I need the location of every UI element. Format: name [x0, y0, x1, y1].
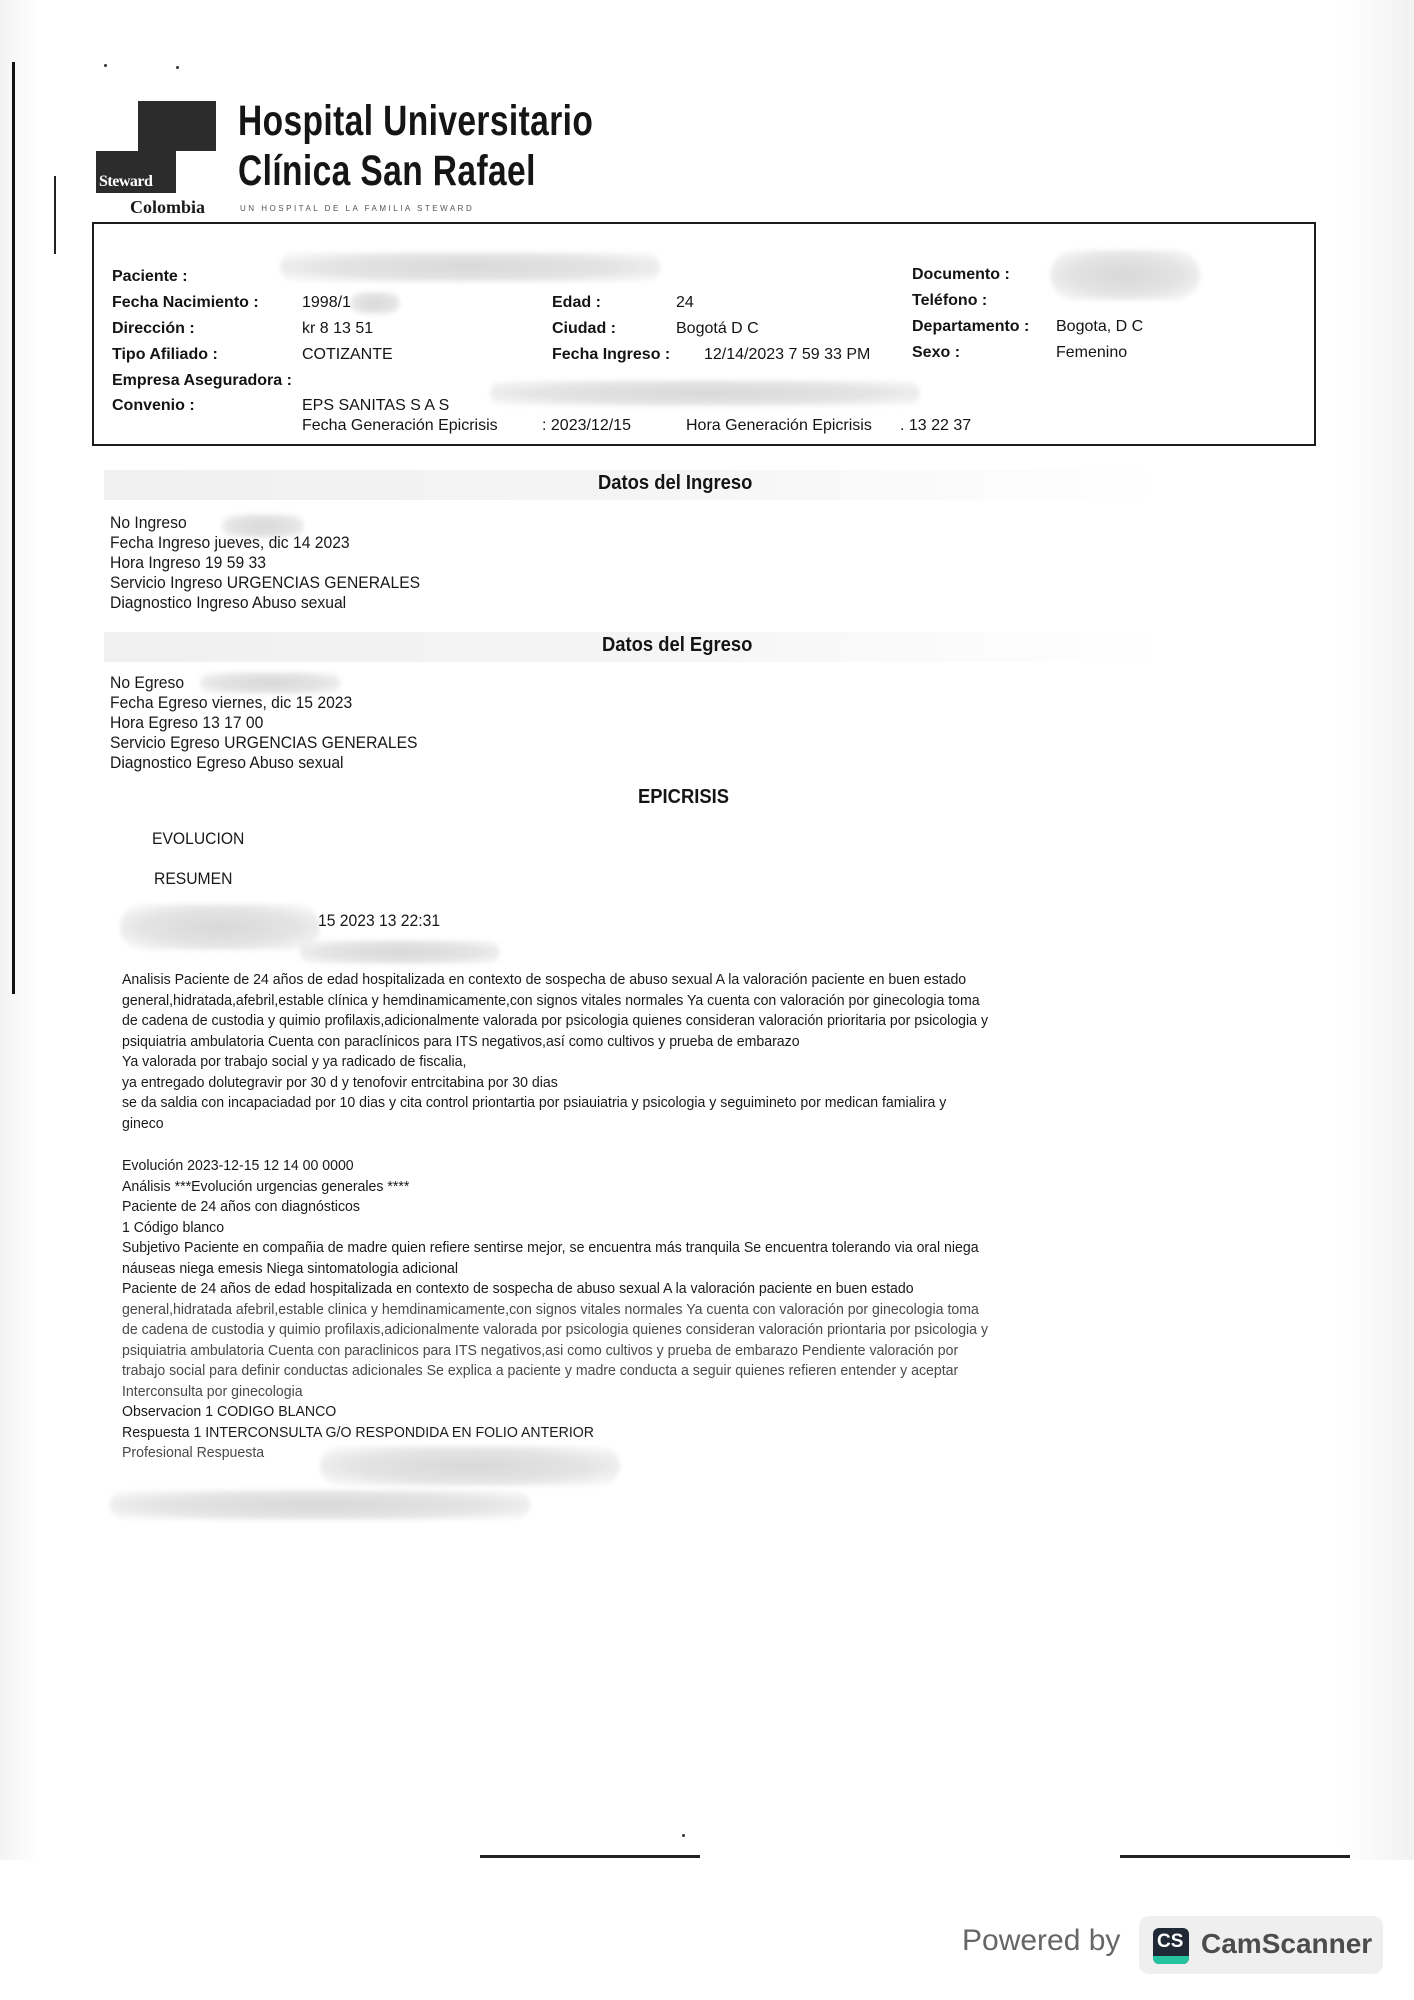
- resumen-timestamp: 15 2023 13 22:31: [318, 912, 440, 931]
- text-line: de cadena de custodia y quimio profilaxi…: [122, 1320, 1201, 1341]
- scan-edge-mark: [480, 1855, 700, 1858]
- ingreso-line: Diagnostico Ingreso Abuso sexual: [110, 594, 346, 613]
- text-line: gineco: [122, 1114, 1201, 1135]
- logo-word: Steward: [99, 173, 152, 191]
- hospital-tagline: UN HOSPITAL DE LA FAMILIA STEWARD: [240, 204, 474, 213]
- text-line: trabajo social para definir conductas ad…: [122, 1361, 1201, 1382]
- powered-by-label: Powered by: [962, 1924, 1120, 1958]
- text-line: Observacion 1 CODIGO BLANCO: [122, 1402, 1201, 1423]
- redaction: [350, 292, 400, 314]
- text-line: Análisis ***Evolución urgencias generale…: [122, 1177, 1201, 1198]
- egreso-line: No Egreso: [110, 674, 184, 693]
- text-line: de cadena de custodia y quimio profilaxi…: [122, 1011, 1201, 1032]
- ciudad-label: Ciudad :: [552, 320, 616, 338]
- resumen-heading: RESUMEN: [154, 870, 232, 889]
- text-line: psiquiatria ambulatoria Cuenta con parac…: [122, 1032, 1201, 1053]
- redaction: [280, 252, 660, 282]
- ingreso-line: No Ingreso: [110, 514, 187, 533]
- redaction: [200, 672, 340, 694]
- departamento-label: Departamento :: [912, 318, 1029, 336]
- fecha-ingreso-value: 12/14/2023 7 59 33 PM: [704, 346, 870, 364]
- text-line: ya entregado dolutegravir por 30 d y ten…: [122, 1073, 1201, 1094]
- hospital-name-line1: Hospital Universitario: [238, 96, 593, 146]
- scan-edge-mark: [1120, 1855, 1350, 1858]
- fecha-nacimiento-value: 1998/1: [302, 294, 351, 312]
- fecha-ingreso-label: Fecha Ingreso :: [552, 346, 670, 364]
- ingreso-line: Hora Ingreso 19 59 33: [110, 554, 266, 573]
- documento-label: Documento :: [912, 266, 1010, 284]
- fecha-generacion-value: : 2023/12/15: [542, 417, 631, 435]
- scan-edge-mark: [54, 176, 56, 254]
- egreso-line: Diagnostico Egreso Abuso sexual: [110, 754, 344, 773]
- hospital-name: Hospital Universitario Clínica San Rafae…: [238, 96, 593, 196]
- ingreso-line: Fecha Ingreso jueves, dic 14 2023: [110, 534, 350, 553]
- fecha-generacion-label: Fecha Generación Epicrisis: [302, 417, 498, 435]
- edad-label: Edad :: [552, 294, 601, 312]
- text-line: Evolución 2023-12-15 12 14 00 0000: [122, 1156, 1201, 1177]
- evolucion-note: Evolución 2023-12-15 12 14 00 0000 Análi…: [122, 1156, 1282, 1464]
- ingreso-line: Servicio Ingreso URGENCIAS GENERALES: [110, 574, 420, 593]
- telefono-label: Teléfono :: [912, 292, 987, 310]
- steward-logo: Steward: [96, 101, 216, 196]
- hora-generacion-value: . 13 22 37: [900, 417, 971, 435]
- redaction: [300, 940, 500, 964]
- analisis-summary: Analisis Paciente de 24 años de edad hos…: [122, 970, 1282, 1134]
- hora-generacion-label: Hora Generación Epicrisis: [686, 417, 872, 435]
- text-line: Respuesta 1 INTERCONSULTA G/O RESPONDIDA…: [122, 1423, 1201, 1444]
- text-line: Paciente de 24 años con diagnósticos: [122, 1197, 1201, 1218]
- text-line: Paciente de 24 años de edad hospitalizad…: [122, 1279, 1201, 1300]
- convenio-value: EPS SANITAS S A S: [302, 397, 449, 415]
- ingreso-title: Datos del Ingreso: [598, 472, 752, 495]
- tipo-afiliado-label: Tipo Afiliado :: [112, 346, 218, 364]
- redaction: [1050, 250, 1200, 300]
- text-line: general,hidratada afebril,estable clinic…: [122, 1300, 1201, 1321]
- scan-edge-mark: [12, 62, 15, 994]
- camscanner-brand: CamScanner: [1201, 1928, 1372, 1960]
- departamento-value: Bogota, D C: [1056, 318, 1143, 336]
- logo-country: Colombia: [130, 197, 205, 218]
- camscanner-icon: CS: [1153, 1928, 1189, 1964]
- edad-value: 24: [676, 294, 694, 312]
- text-line: Ya valorada por trabajo social y ya radi…: [122, 1052, 1201, 1073]
- paciente-label: Paciente :: [112, 268, 188, 286]
- egreso-line: Servicio Egreso URGENCIAS GENERALES: [110, 734, 418, 753]
- direccion-value: kr 8 13 51: [302, 320, 373, 338]
- redaction: [490, 380, 920, 406]
- scan-speck: [104, 64, 107, 67]
- text-line: náuseas niega emesis Niega sintomatologi…: [122, 1259, 1201, 1280]
- redaction: [320, 1446, 620, 1486]
- text-line: se da saldia con incapaciadad por 10 dia…: [122, 1093, 1201, 1114]
- ciudad-value: Bogotá D C: [676, 320, 759, 338]
- text-line: psiquiatria ambulatoria Cuenta con parac…: [122, 1341, 1201, 1362]
- evolucion-heading: EVOLUCION: [152, 830, 244, 849]
- scan-speck: [176, 66, 179, 69]
- text-line: general,hidratada,afebril,estable clínic…: [122, 991, 1201, 1012]
- direccion-label: Dirección :: [112, 320, 195, 338]
- text-line: Profesional Respuesta: [122, 1443, 1201, 1464]
- hospital-name-line2: Clínica San Rafael: [238, 146, 593, 196]
- tipo-afiliado-value: COTIZANTE: [302, 346, 393, 364]
- camscanner-badge: CS CamScanner: [1139, 1916, 1383, 1974]
- text-line: Interconsulta por ginecologia: [122, 1382, 1201, 1403]
- text-line: Subjetivo Paciente en compañia de madre …: [122, 1238, 1201, 1259]
- text-line: 1 Código blanco: [122, 1218, 1201, 1239]
- egreso-line: Fecha Egreso viernes, dic 15 2023: [110, 694, 352, 713]
- egreso-line: Hora Egreso 13 17 00: [110, 714, 263, 733]
- sexo-label: Sexo :: [912, 344, 960, 362]
- fecha-nacimiento-label: Fecha Nacimiento :: [112, 294, 259, 312]
- text-line: Analisis Paciente de 24 años de edad hos…: [122, 970, 1201, 991]
- convenio-label: Convenio :: [112, 397, 195, 415]
- redaction: [120, 904, 320, 950]
- egreso-title: Datos del Egreso: [602, 634, 752, 657]
- redaction: [110, 1490, 530, 1520]
- epicrisis-title: EPICRISIS: [638, 786, 729, 809]
- sexo-value: Femenino: [1056, 344, 1127, 362]
- empresa-aseguradora-label: Empresa Aseguradora :: [112, 372, 292, 390]
- scan-speck: [682, 1834, 685, 1837]
